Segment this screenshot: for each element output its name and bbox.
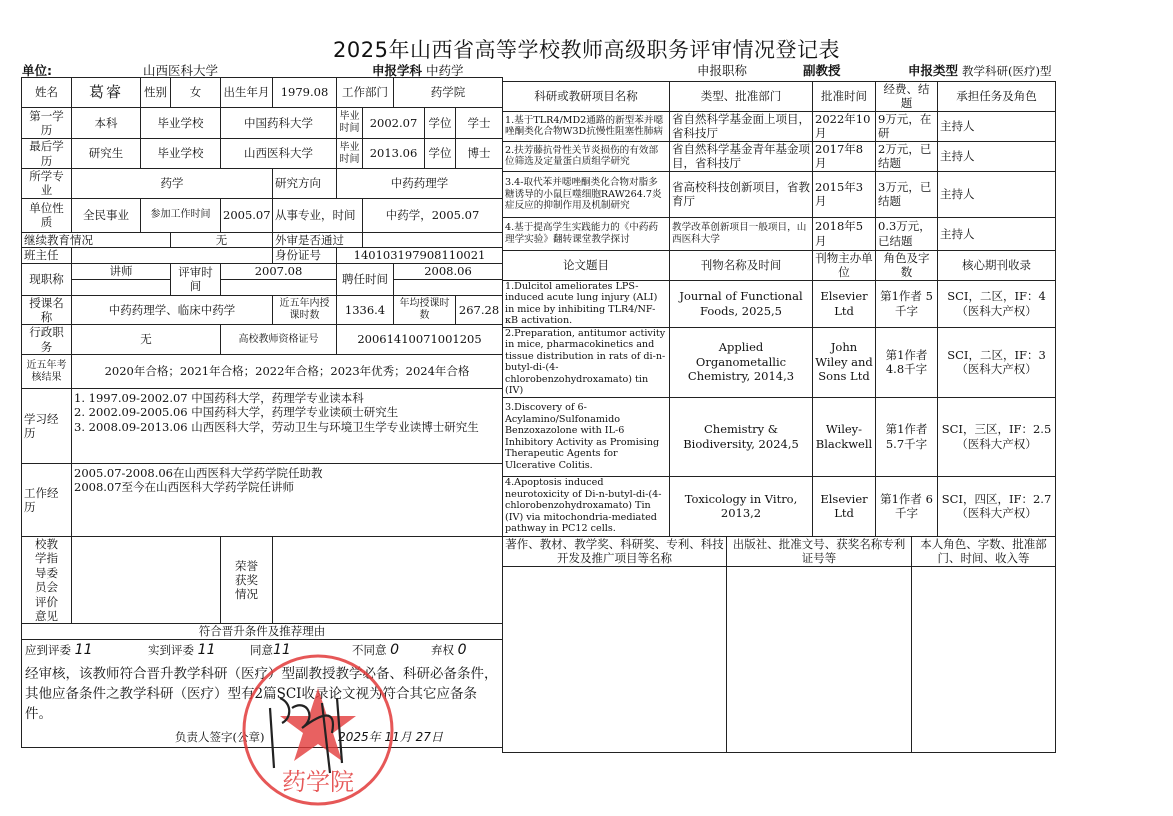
type-field: 申报类型 教学科研(医疗)型: [908, 61, 1051, 79]
name-label: 姓名: [22, 78, 72, 108]
reason-label: 符合晋升条件及推荐理由: [22, 624, 503, 639]
last-degree-value: 博士: [456, 139, 503, 169]
paper-header-journal: 刊物名称及时间: [670, 250, 813, 280]
first-school-label: 毕业学校: [141, 108, 221, 139]
last-edu-value: 研究生: [72, 139, 141, 169]
avg-hours-value: 267.28: [456, 295, 503, 325]
birth-value: 1979.08: [273, 78, 337, 108]
id-value: 140103197908110021: [337, 248, 503, 263]
courses-value: 中药药理学、临床中药学: [72, 295, 273, 325]
works-header-publisher: 出版社、批准文号、获奖名称专利证号等: [727, 536, 912, 566]
head-teacher-value: [72, 248, 273, 263]
title-value: 副教授: [803, 61, 841, 79]
title-label: 申报职称: [697, 61, 747, 79]
committee-label: 校教学指导委员会评价意见: [22, 537, 72, 624]
work-item: 2008.07至今在山西医科大学药学院任讲师: [74, 480, 500, 494]
work-start-label: 参加工作时间: [141, 198, 221, 232]
works-header-name: 著作、教材、教学奖、科研奖、专利、科技开发及推广项目等名称: [503, 536, 727, 566]
gender-label: 性别: [141, 78, 171, 108]
last-edu-label: 最后学历: [22, 139, 72, 169]
cur-title-value: 讲师: [72, 263, 171, 279]
abstain-count: 弃权 0: [431, 642, 467, 660]
first-edu-value: 本科: [72, 108, 141, 139]
study-history: 1. 1997.09-2002.07 中国药科大学，药理学专业读本科 2. 20…: [72, 389, 503, 464]
cert-label: 高校教师资格证号: [221, 325, 337, 355]
conclusion-text: 经审核，该教师符合晋升教学科研（医疗）型副教授教学必备、科研必备条件，其他应备条…: [25, 664, 499, 725]
work-start-value: 2005.07: [221, 198, 273, 232]
cont-edu-value: 无: [171, 232, 273, 247]
profession-value: 中药学，2005.07: [363, 198, 503, 232]
research-table: 科研或教研项目名称 类型、批准部门 批准时间 经费、结题 承担任务及角色 1.基…: [502, 81, 1056, 753]
assess-value: 2020年合格；2021年合格；2022年合格；2023年优秀；2024年合格: [72, 355, 503, 389]
works-header-role: 本人角色、字数、批准部门、时间、收入等: [912, 536, 1056, 566]
gender-value: 女: [171, 78, 221, 108]
paper-header-publisher: 刊物主办单位: [813, 250, 876, 280]
paper-header-title: 论文题目: [503, 250, 670, 280]
profession-label: 从事专业，时间: [273, 198, 363, 232]
paper-header-role: 角色及字数: [876, 250, 938, 280]
courses-label: 授课名称: [22, 295, 72, 325]
external-review-label: 外审是否通过: [273, 232, 363, 247]
proj-header-fund: 经费、结题: [876, 82, 938, 112]
work-label: 工作经历: [22, 464, 72, 537]
paper-row: 1.Dulcitol ameliorates LPS-induced acute…: [503, 280, 1056, 327]
last-school-label: 毕业学校: [141, 139, 221, 169]
unit-nature-value: 全民事业: [72, 198, 141, 232]
review-time-value: 2007.08: [221, 263, 337, 279]
project-row: 2.扶芳藤抗骨性关节炎损伤的有效部位筛选及定量蛋白质组学研究 省自然科学基金青年…: [503, 141, 1056, 171]
first-school-value: 中国药科大学: [221, 108, 337, 139]
admin-value: 无: [72, 325, 221, 355]
project-row: 4.基于提高学生实践能力的《中药药理学实验》翻转课堂教学探讨 教学改革创新项目一…: [503, 217, 1056, 250]
dept-label: 工作部门: [337, 78, 394, 108]
last-school-value: 山西医科大学: [221, 139, 337, 169]
head-teacher-label: 班主任: [22, 248, 72, 263]
project-row: 1.基于TLR4/MD2通路的新型苯并噁唑酮类化合物W3D抗慢性阻塞性肺病 省自…: [503, 111, 1056, 141]
proj-header-name: 科研或教研项目名称: [503, 82, 670, 112]
avg-hours-label: 年均授课时数: [394, 295, 456, 325]
paper-row: 2.Preparation, antitumor activity in mic…: [503, 327, 1056, 397]
agree-count: 同意11: [250, 642, 291, 660]
work-item: 2005.07-2008.06在山西医科大学药学院任助教: [74, 466, 500, 480]
hours5-label: 近五年内授课时数: [273, 295, 337, 325]
actual-attend: 实到评委 11: [148, 642, 215, 660]
sign-date: 2025年 11月 27日: [338, 730, 443, 744]
project-row: 3.4-取代苯并噁唑酮类化合物对脂多糖诱导的小鼠巨噬细胞RAW264.7炎症反应…: [503, 171, 1056, 217]
hire-time-label: 聘任时间: [337, 263, 394, 295]
committee-opinion: [72, 537, 221, 624]
research-dir-label: 研究方向: [273, 169, 337, 199]
review-time-label: 评审时间: [171, 263, 221, 295]
personal-info-table: 姓名 葛睿 性别 女 出生年月 1979.08 工作部门 药学院 第一学历 本科…: [21, 77, 503, 748]
paper-row: 4.Apoptosis induced neurotoxicity of Di-…: [503, 476, 1056, 536]
should-attend: 应到评委 11: [25, 642, 92, 660]
disagree-count: 不同意 0: [352, 642, 399, 660]
id-label: 身份证号: [273, 248, 337, 263]
first-grad-time-label: 毕业时间: [337, 108, 363, 139]
paper-header-index: 核心期刊收录: [938, 250, 1056, 280]
cont-edu-label: 继续教育情况: [22, 232, 171, 247]
external-review-value: [363, 232, 503, 247]
proj-header-time: 批准时间: [813, 82, 876, 112]
major-label: 所学专业: [22, 169, 72, 199]
first-degree-value: 学士: [456, 108, 503, 139]
svg-text:药学院: 药学院: [282, 768, 354, 796]
first-edu-label: 第一学历: [22, 108, 72, 139]
first-degree-label: 学位: [425, 108, 456, 139]
unit-nature-label: 单位性质: [22, 198, 72, 232]
cur-title-label: 现职称: [22, 263, 72, 295]
hire-time-value: 2008.06: [394, 263, 503, 279]
proj-header-type: 类型、批准部门: [670, 82, 813, 112]
study-label: 学习经历: [22, 389, 72, 464]
paper-row: 3.Discovery of 6-Acylamino/Sulfonamido B…: [503, 397, 1056, 476]
last-grad-time-label: 毕业时间: [337, 139, 363, 169]
works-row: [503, 566, 1056, 752]
study-item: 1. 1997.09-2002.07 中国药科大学，药理学专业读本科: [74, 391, 500, 405]
hours5-value: 1336.4: [337, 295, 394, 325]
honor-label: 荣誉获奖情况: [221, 537, 273, 624]
admin-label: 行政职务: [22, 325, 72, 355]
last-degree-label: 学位: [425, 139, 456, 169]
dept-value: 药学院: [394, 78, 503, 108]
major-value: 药学: [72, 169, 273, 199]
work-history: 2005.07-2008.06在山西医科大学药学院任助教 2008.07至今在山…: [72, 464, 503, 537]
assess-label: 近五年考核结果: [22, 355, 72, 389]
proj-header-role: 承担任务及角色: [938, 82, 1056, 112]
study-item: 3. 2008.09-2013.06 山西医科大学，劳动卫生与环境卫生学专业读博…: [74, 420, 500, 434]
cert-value: 20061410071001205: [337, 325, 503, 355]
signature-line: 负责人签字(公章) 2025年 11月 27日: [25, 730, 499, 745]
birth-label: 出生年月: [221, 78, 273, 108]
study-item: 2. 2002.09-2005.06 中国药科大学，药理学专业读硕士研究生: [74, 405, 500, 419]
name-value: 葛睿: [72, 78, 141, 108]
research-dir-value: 中药药理学: [337, 169, 503, 199]
form-title: 2025年山西省高等学校教师高级职务评审情况登记表: [0, 34, 1173, 64]
first-grad-time-value: 2002.07: [363, 108, 425, 139]
last-grad-time-value: 2013.06: [363, 139, 425, 169]
review-conclusion: 应到评委 11 实到评委 11 同意11 不同意 0 弃权 0 经审核，该教师符…: [22, 639, 503, 748]
honor-value: [273, 537, 503, 624]
